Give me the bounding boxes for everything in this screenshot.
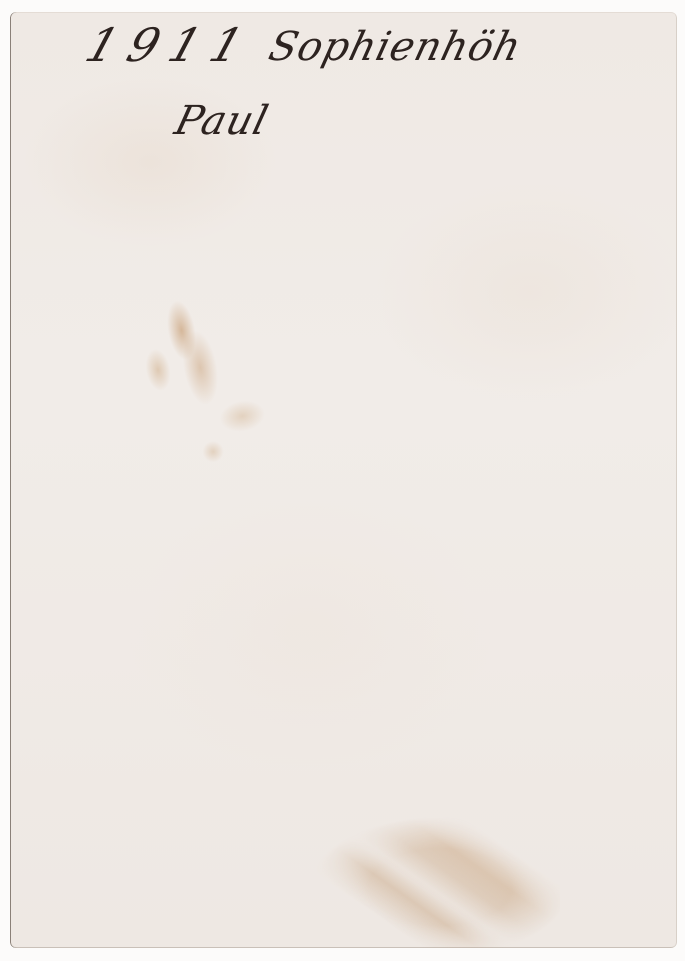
foxing-stain-bottom [300,812,560,948]
handwritten-year: 1911 [79,18,262,72]
handwritten-name: Paul [170,98,273,144]
photo-card-back [10,12,677,948]
handwritten-place: Sophienhöh [264,24,526,70]
foxing-stain-left [125,277,284,477]
scan-background: 1911 Sophienhöh Paul [0,0,685,961]
